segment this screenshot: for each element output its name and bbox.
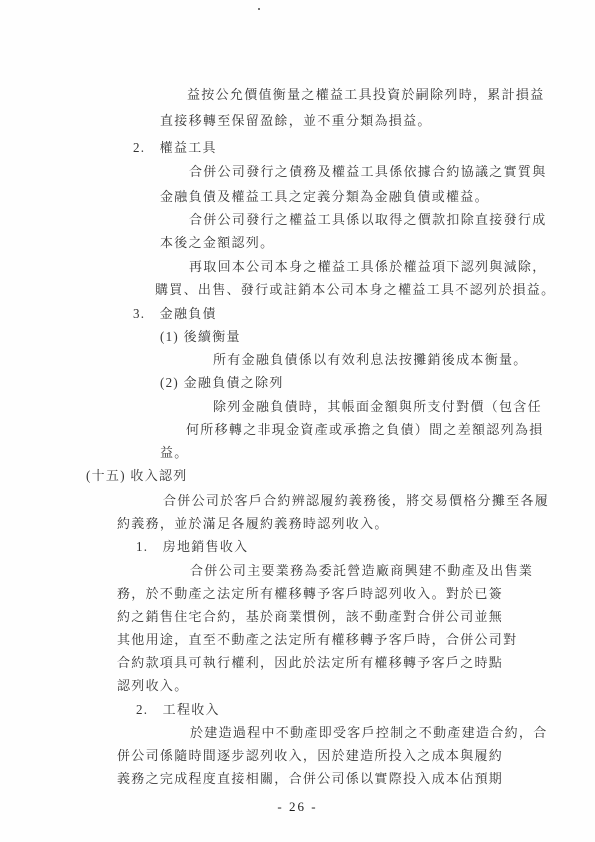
text-line: (1) 後續衡量 [160,326,241,345]
text-line: 3. 金融負債 [133,303,217,322]
text-line: (2) 金融負債之除列 [160,372,284,391]
text-line: 1. 房地銷售收入 [136,536,248,555]
text-line: 約義務，並於滿足各履約義務時認列收入。 [117,513,389,532]
text-line: 除列金融負債時，其帳面金額與所支付對價（包含任 [213,396,542,415]
text-line: 合併公司於客戶合約辨認履約義務後，將交易價格分攤至各履 [163,490,549,509]
text-line: 所有金融負債係以有效利息法按攤銷後成本衡量。 [213,349,528,368]
text-line: 2. 工程收入 [136,699,220,718]
text-line: 約之銷售住宅合約，基於商業慣例，該不動產對合併公司並無 [117,606,503,625]
text-line: 於建造過程中不動產即受客戶控制之不動產建造合約，合 [190,722,548,741]
text-line: 併公司係隨時間逐步認列收入，因於建造所投入之成本與履約 [117,745,503,764]
text-line: 再取回本公司本身之權益工具係於權益項下認列與減除， [189,256,547,275]
text-line: 益按公允價值衡量之權益工具投資於嗣除列時，累計損益 [187,84,545,103]
text-line: 金融負債及權益工具之定義分類為金融負債或權益。 [160,186,489,205]
scanned-document-page: 益按公允價值衡量之權益工具投資於嗣除列時，累計損益直接移轉至保留盈餘，並不重分類… [0,0,595,842]
text-line: 合併公司發行之權益工具係以取得之價款扣除直接發行成 [189,209,547,228]
text-line: 益。 [160,442,189,461]
text-line: 務，於不動產之法定所有權移轉予客戶時認列收入。對於已簽 [117,583,503,602]
page-number: - 26 - [0,799,595,815]
text-line: 2. 權益工具 [133,137,217,156]
text-line: 合併公司發行之債務及權益工具係依據合約協議之實質與 [189,161,547,180]
text-line: 認列收入。 [117,675,189,694]
scan-speck [258,8,260,10]
text-line: 本後之金額認列。 [160,232,274,251]
text-line: 義務之完成程度直接相關，合併公司係以實際投入成本佔預期 [117,768,503,787]
text-line: 購買、出售、發行或註銷本公司本身之權益工具不認列於損益。 [155,279,555,298]
text-line: 其他用途，直至不動產之法定所有權移轉予客戶時，合併公司對 [117,629,517,648]
text-line: 直接移轉至保留盈餘，並不重分類為損益。 [160,110,432,129]
text-line: 合併公司主要業務為委託營造廠商興建不動產及出售業 [190,560,533,579]
text-line: (十五) 收入認列 [86,465,188,484]
text-line: 合約款項具可執行權利，因此於法定所有權移轉予客戶之時點 [117,652,503,671]
text-line: 何所移轉之非現金資產或承擔之負債）間之差額認列為損 [186,419,544,438]
